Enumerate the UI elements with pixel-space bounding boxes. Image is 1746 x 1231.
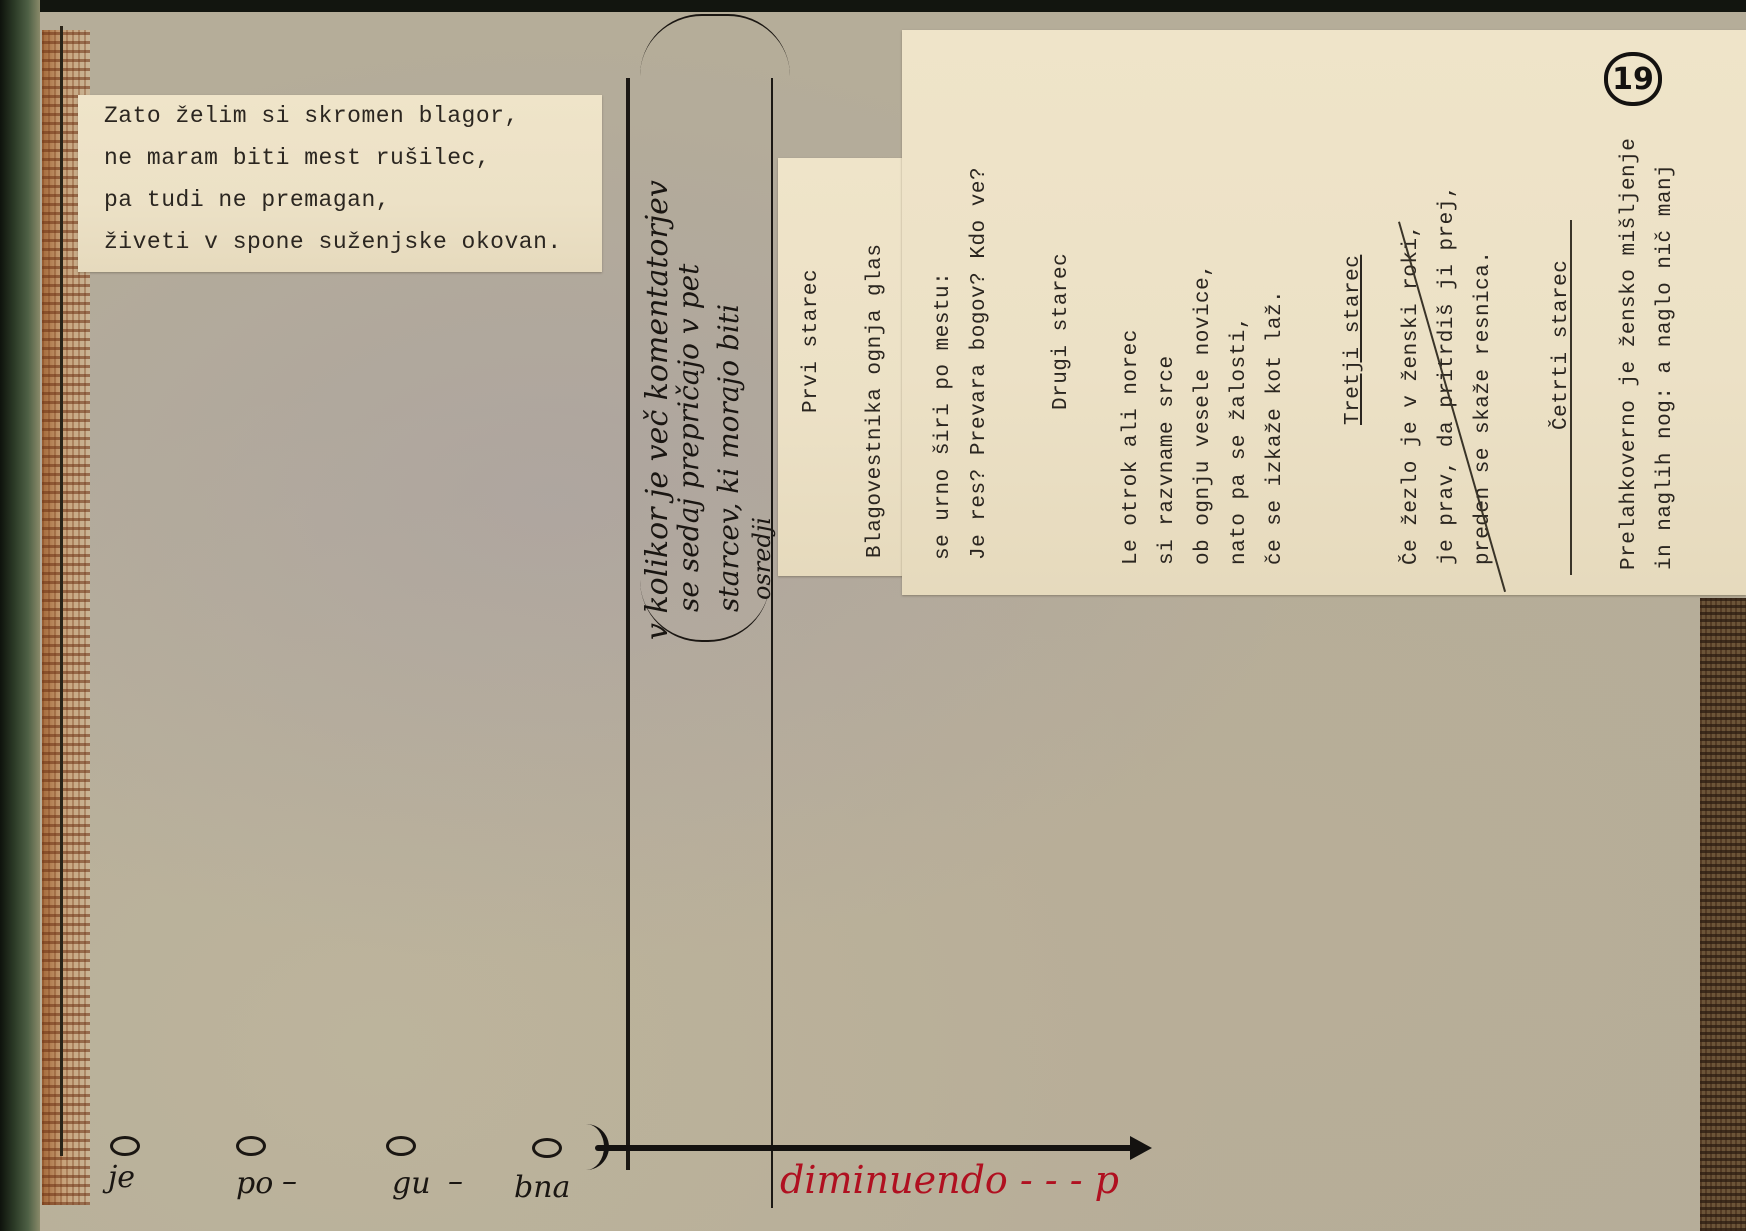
lyric-syllable: bna bbox=[514, 1170, 570, 1205]
verse-line: je prav, da pritrdiš ji prej, bbox=[1436, 185, 1459, 565]
verse-line: nato pa se žalosti, bbox=[1228, 316, 1251, 565]
whole-note-icon bbox=[532, 1138, 562, 1158]
scanner-top-edge bbox=[0, 0, 1746, 12]
verse-line: Le otrok ali norec bbox=[1120, 329, 1143, 565]
verse-line: Prelahkoverno je žensko mišljenje bbox=[1618, 138, 1641, 570]
handwritten-note-line: se sedaj prepričajo v pet bbox=[672, 264, 705, 612]
lyric-syllable: je bbox=[108, 1160, 135, 1195]
lyric-syllable: gu bbox=[392, 1166, 431, 1201]
binding-line bbox=[60, 26, 63, 1156]
pasted-strip-3: se urno širi po mestu: Je res? Prevara b… bbox=[902, 30, 1746, 595]
verse-line: če se izkaže kot laž. bbox=[1264, 290, 1287, 565]
crescendo-arrow-line bbox=[595, 1145, 1140, 1151]
whole-note-icon bbox=[236, 1136, 266, 1156]
page-number: 19 bbox=[1612, 62, 1654, 97]
vertical-rule-left bbox=[626, 78, 630, 1170]
handwritten-note-line: v kolikor je več komentatorjev bbox=[640, 180, 675, 640]
whole-note-icon bbox=[110, 1136, 140, 1156]
whole-note-icon bbox=[386, 1136, 416, 1156]
pasted-verse-strip-1: Zato želim si skromen blagor, ne maram b… bbox=[78, 95, 602, 272]
verse-line: Je res? Prevara bogov? Kdo ve? bbox=[968, 167, 991, 560]
verse-line: pa tudi ne premagan, bbox=[104, 187, 390, 213]
verse-line: ob ognju vesele novice, bbox=[1192, 264, 1215, 565]
vertical-rule-right bbox=[771, 78, 773, 1208]
speaker-label-underlined: Tretji starec bbox=[1342, 255, 1365, 425]
dynamic-marking: diminuendo - - - p bbox=[780, 1158, 1119, 1202]
stained-right-edge bbox=[1700, 598, 1746, 1231]
handwritten-note-line: starcev, ki morajo biti bbox=[712, 304, 745, 612]
pasted-strip-2: Prvi starec Blagovestnika ognja glas bbox=[778, 158, 905, 576]
scanner-left-edge bbox=[0, 0, 40, 1231]
lyric-hyphen: – bbox=[448, 1164, 463, 1199]
verse-line: Če žezlo je v ženski roki, bbox=[1400, 224, 1423, 565]
arrow-head-icon bbox=[1130, 1136, 1152, 1160]
verse-line: si razvname srce bbox=[1156, 355, 1179, 565]
verse-line: živeti v spone suženjske okovan. bbox=[104, 229, 562, 255]
verse-line: in naglih nog: a naglo nič manj bbox=[1654, 164, 1677, 570]
verse-line: ne maram biti mest rušilec, bbox=[104, 145, 490, 171]
page-number-circle: 19 bbox=[1604, 52, 1662, 106]
verse-line: Zato želim si skromen blagor, bbox=[104, 103, 519, 129]
lyric-hyphen: – bbox=[282, 1164, 297, 1199]
speaker-label: Prvi starec bbox=[800, 269, 823, 413]
speaker-label: Drugi starec bbox=[1050, 253, 1073, 410]
verse-line: se urno širi po mestu: bbox=[932, 272, 955, 560]
pencil-margin-line bbox=[1570, 220, 1572, 575]
verse-line: Blagovestnika ognja glas bbox=[864, 244, 887, 558]
lyric-syllable: po bbox=[236, 1166, 273, 1201]
